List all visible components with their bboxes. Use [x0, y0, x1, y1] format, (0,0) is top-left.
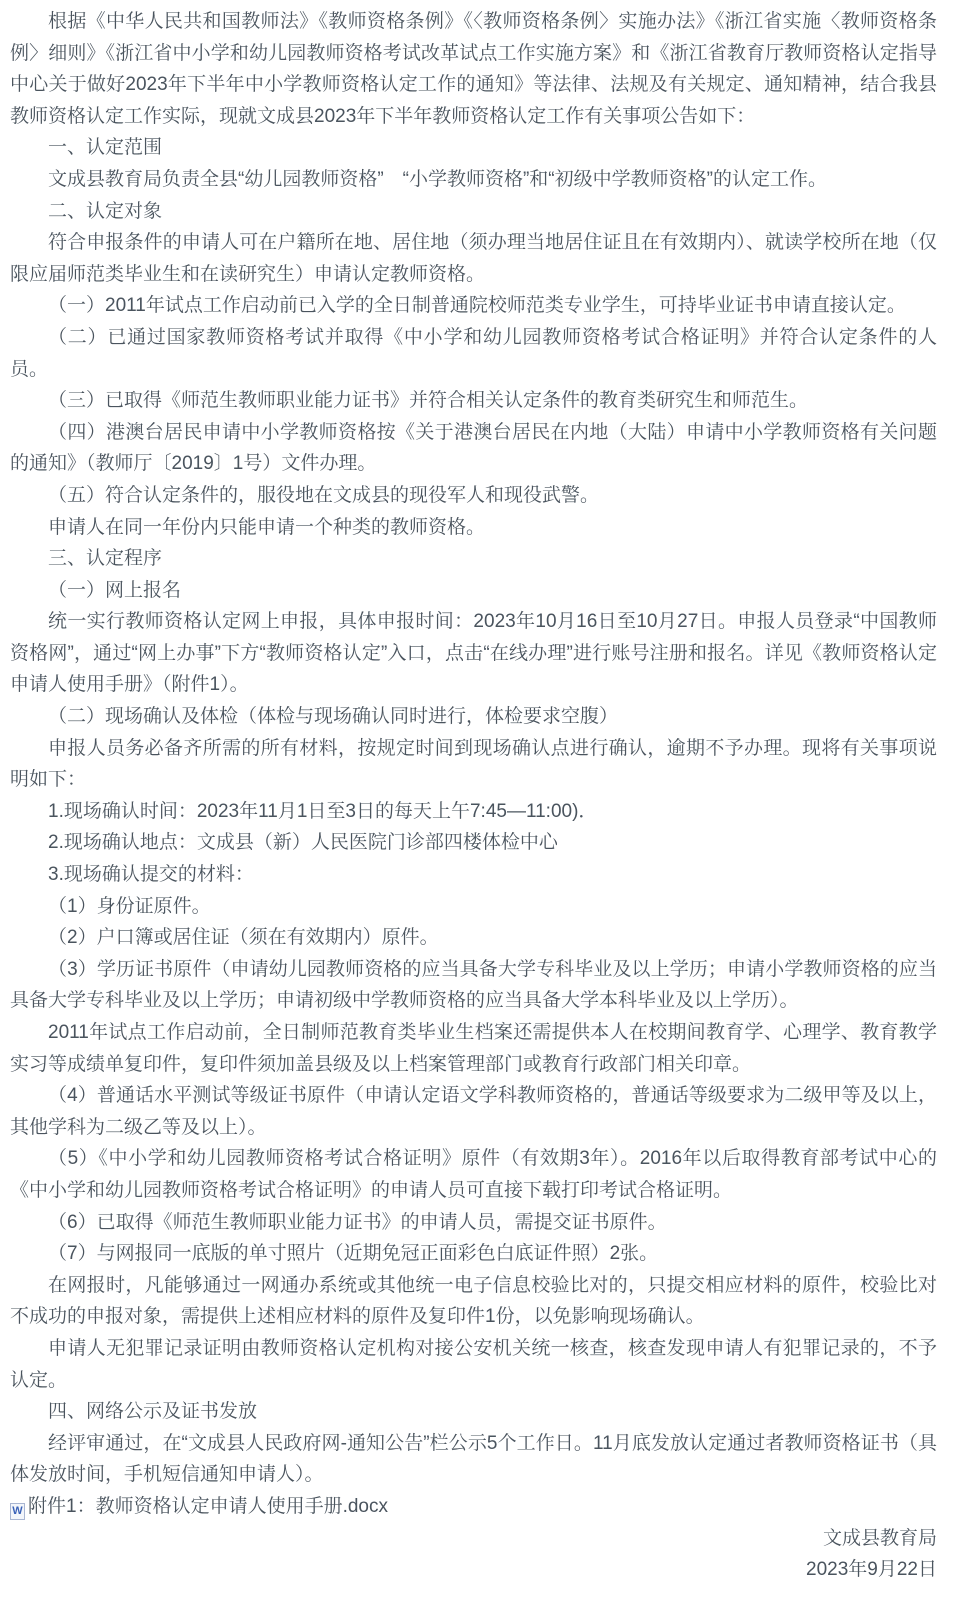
attachment-label: 附件1： [28, 1496, 96, 1517]
paragraph: （7）与网报同一底版的单寸照片（近期免冠正面彩色白底证件照）2张。 [10, 1238, 937, 1270]
paragraph: （4）普通话水平测试等级证书原件（申请认定语文学科教师资格的，普通话等级要求为二… [10, 1080, 937, 1143]
paragraph: 在网报时，凡能够通过一网通办系统或其他统一电子信息校验比对的，只提交相应材料的原… [10, 1270, 937, 1333]
document-body: 根据《中华人民共和国教师法》《教师资格条例》《〈教师资格条例〉实施办法》《浙江省… [10, 6, 937, 1491]
signature-date: 2023年9月22日 [10, 1554, 937, 1586]
paragraph: 二、认定对象 [10, 196, 937, 228]
paragraph: 四、网络公示及证书发放 [10, 1396, 937, 1428]
announcement-article: 根据《中华人民共和国教师法》《教师资格条例》《〈教师资格条例〉实施办法》《浙江省… [0, 0, 961, 1600]
paragraph: 2.现场确认地点：文成县（新）人民医院门诊部四楼体检中心 [10, 827, 937, 859]
attachment-row: W附件1：教师资格认定申请人使用手册.docx [10, 1491, 937, 1523]
paragraph: （三）已取得《师范生教师职业能力证书》并符合相关认定条件的教育类研究生和师范生。 [10, 385, 937, 417]
paragraph: 符合申报条件的申请人可在户籍所在地、居住地（须办理当地居住证且在有效期内）、就读… [10, 227, 937, 290]
paragraph: 申请人无犯罪记录证明由教师资格认定机构对接公安机关统一核查，核查发现申请人有犯罪… [10, 1333, 937, 1396]
paragraph: （二）已通过国家教师资格考试并取得《中小学和幼儿园教师资格考试合格证明》并符合认… [10, 322, 937, 385]
paragraph: 统一实行教师资格认定网上申报，具体申报时间：2023年10月16日至10月27日… [10, 606, 937, 701]
paragraph: 申报人员务必备齐所需的所有材料，按规定时间到现场确认点进行确认，逾期不予办理。现… [10, 733, 937, 796]
paragraph: 3.现场确认提交的材料： [10, 859, 937, 891]
paragraph: 经评审通过，在“文成县人民政府网-通知公告”栏公示5个工作日。11月底发放认定通… [10, 1428, 937, 1491]
paragraph: （5）《中小学和幼儿园教师资格考试合格证明》原件（有效期3年）。2016年以后取… [10, 1143, 937, 1206]
paragraph: 2011年试点工作启动前，全日制师范教育类毕业生档案还需提供本人在校期间教育学、… [10, 1017, 937, 1080]
paragraph: 根据《中华人民共和国教师法》《教师资格条例》《〈教师资格条例〉实施办法》《浙江省… [10, 6, 937, 132]
signature-org: 文成县教育局 [10, 1523, 937, 1555]
paragraph: 三、认定程序 [10, 543, 937, 575]
paragraph: 1.现场确认时间：2023年11月1日至3日的每天上午7:45—11:00)． [10, 796, 937, 828]
paragraph: （一）2011年试点工作启动前已入学的全日制普通院校师范类专业学生，可持毕业证书… [10, 290, 937, 322]
paragraph: 申请人在同一年份内只能申请一个种类的教师资格。 [10, 512, 937, 544]
paragraph: （6）已取得《师范生教师职业能力证书》的申请人员，需提交证书原件。 [10, 1207, 937, 1239]
paragraph: （3）学历证书原件（申请幼儿园教师资格的应当具备大学专科毕业及以上学历；申请小学… [10, 954, 937, 1017]
paragraph: 文成县教育局负责全县“幼儿园教师资格” “小学教师资格”和“初级中学教师资格”的… [10, 164, 937, 196]
paragraph: （五）符合认定条件的，服役地在文成县的现役军人和现役武警。 [10, 480, 937, 512]
paragraph: 一、认定范围 [10, 132, 937, 164]
paragraph: （1）身份证原件。 [10, 891, 937, 923]
paragraph: （四）港澳台居民申请中小学教师资格按《关于港澳台居民在内地（大陆）申请中小学教师… [10, 417, 937, 480]
word-doc-icon: W [10, 1503, 25, 1520]
attachment-file-link[interactable]: 教师资格认定申请人使用手册.docx [96, 1496, 388, 1517]
paragraph: （一）网上报名 [10, 575, 937, 607]
paragraph: （二）现场确认及体检（体检与现场确认同时进行，体检要求空腹） [10, 701, 937, 733]
paragraph: （2）户口簿或居住证（须在有效期内）原件。 [10, 922, 937, 954]
